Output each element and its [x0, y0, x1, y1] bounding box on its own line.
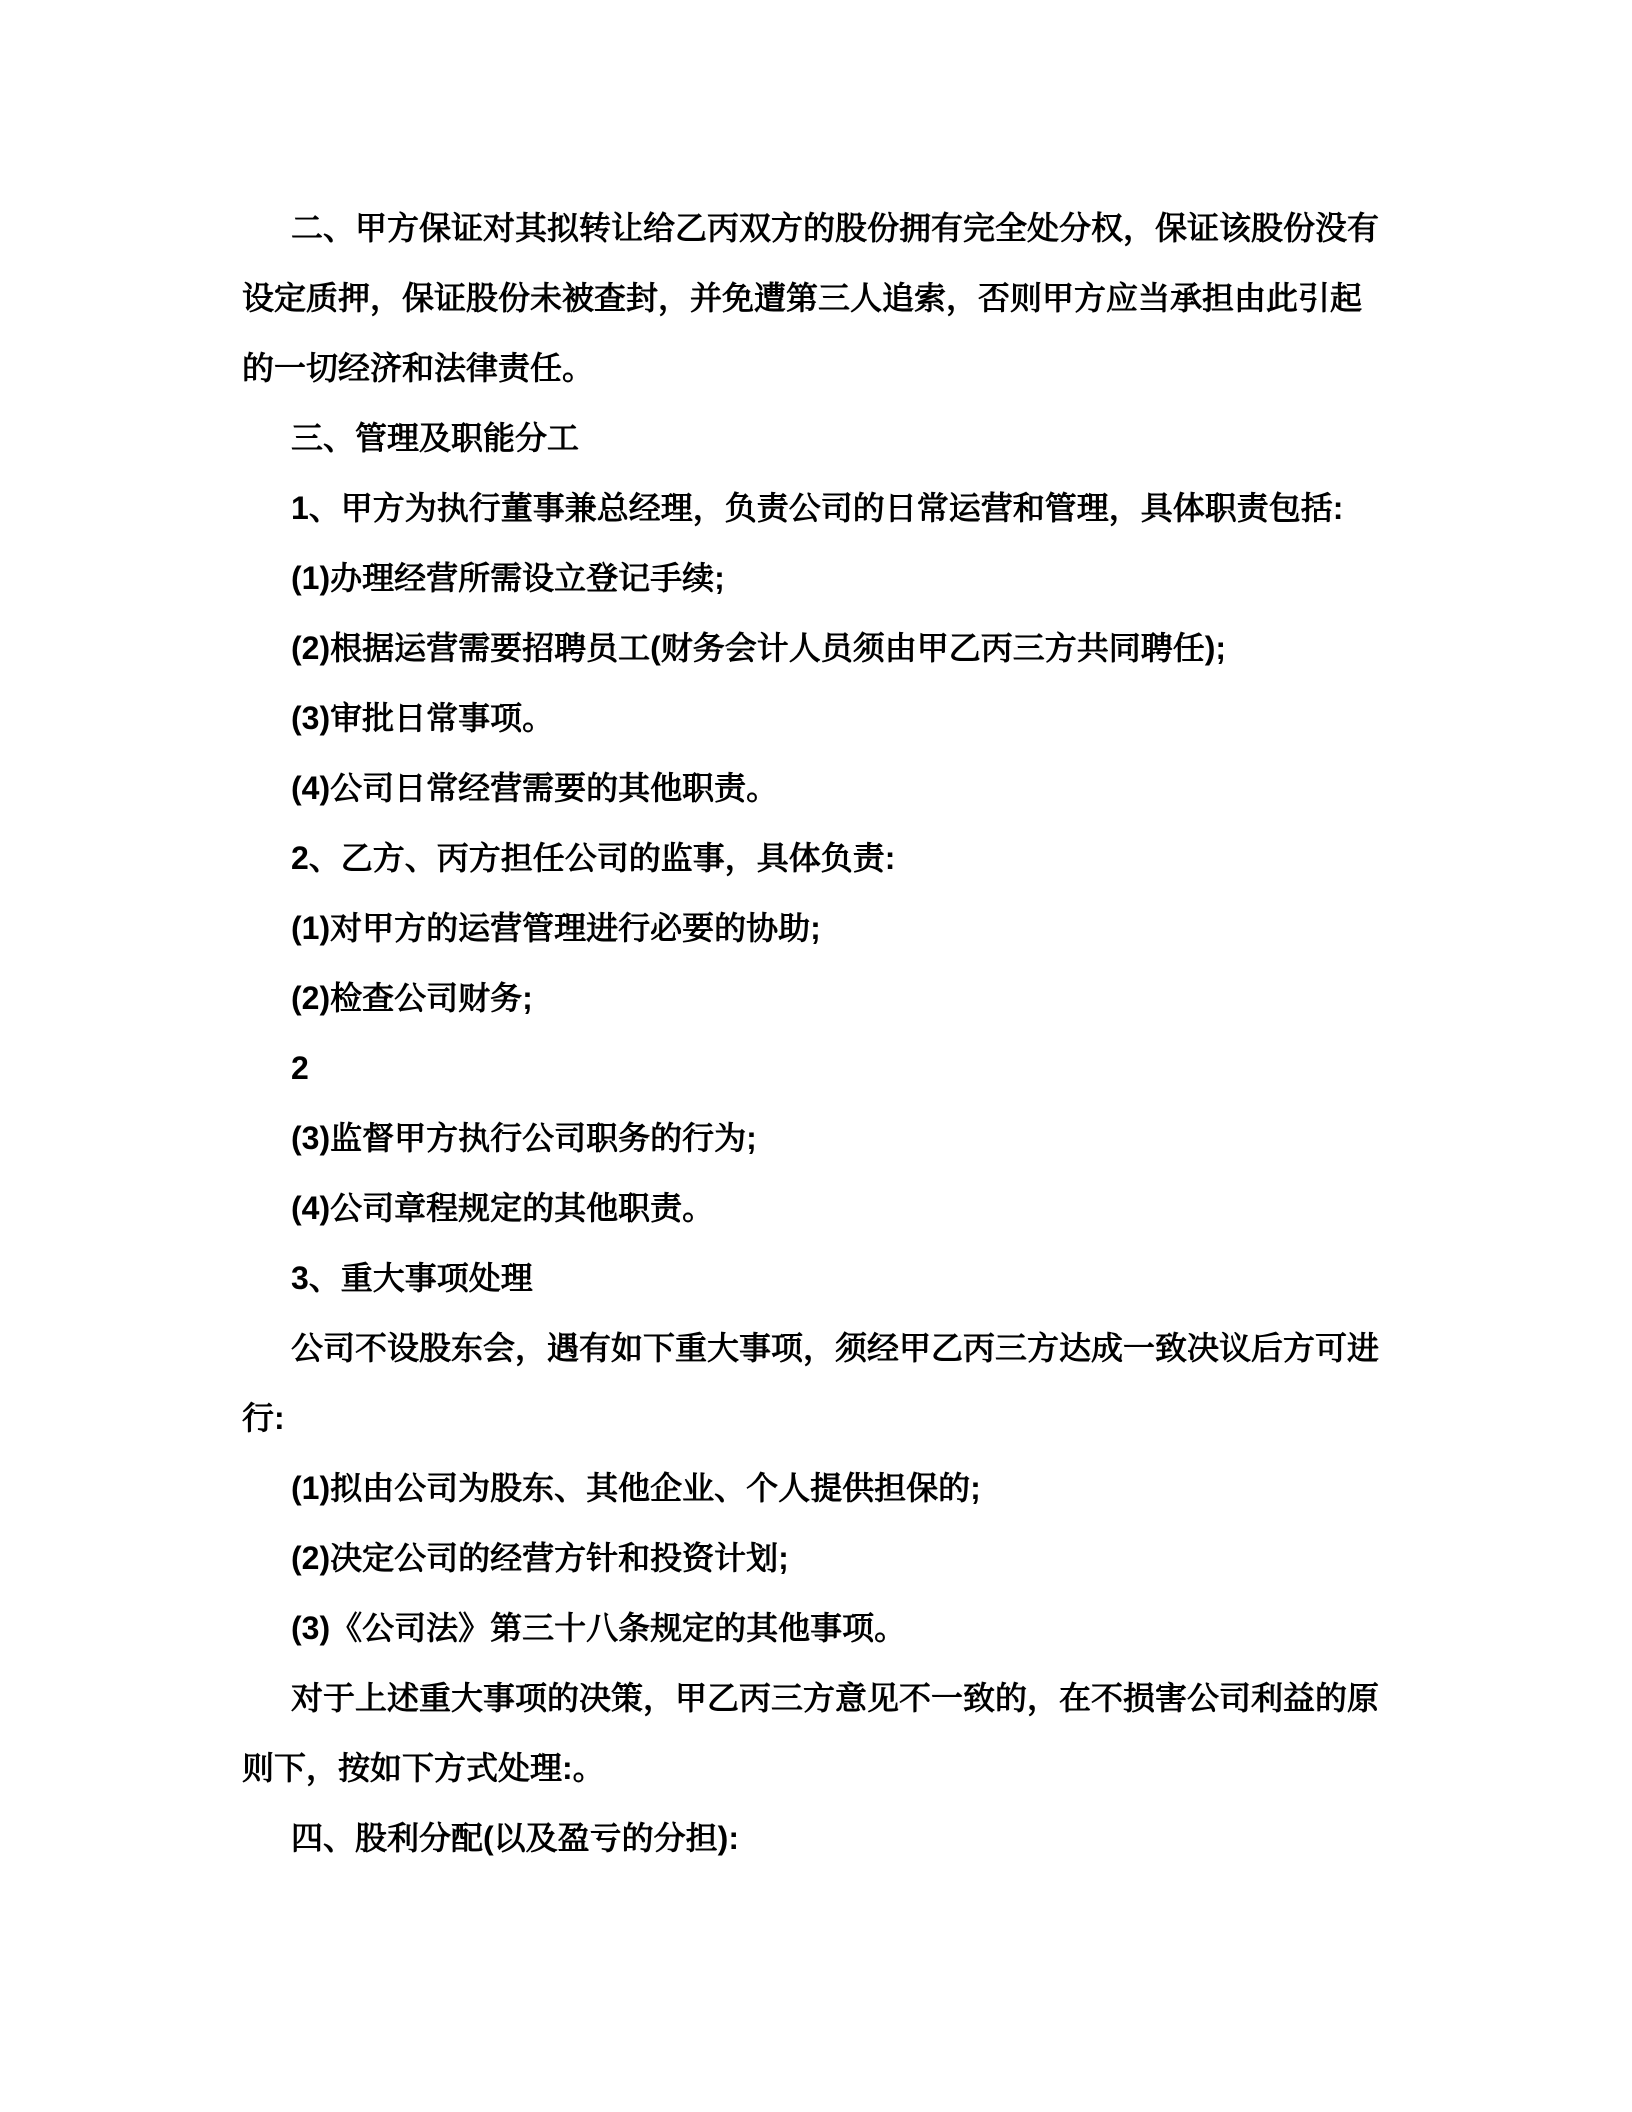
text-line: (2)决定公司的经营方针和投资计划;: [242, 1523, 1492, 1593]
text-line: 1、甲方为执行董事兼总经理，负责公司的日常运营和管理，具体职责包括:: [242, 473, 1492, 543]
text-line: (2)检查公司财务;: [242, 963, 1492, 1033]
text-line: 2、乙方、丙方担任公司的监事，具体负责:: [242, 823, 1492, 893]
text-line: 对于上述重大事项的决策，甲乙丙三方意见不一致的，在不损害公司利益的原: [242, 1663, 1492, 1733]
text-line: (1)办理经营所需设立登记手续;: [242, 543, 1492, 613]
text-line: 设定质押，保证股份未被查封，并免遭第三人追索，否则甲方应当承担由此引起: [242, 263, 1492, 333]
text-line: 的一切经济和法律责任。: [242, 333, 1492, 403]
text-line: 行:: [242, 1383, 1492, 1453]
text-line: 三、管理及职能分工: [242, 403, 1492, 473]
text-line: (1)拟由公司为股东、其他企业、个人提供担保的;: [242, 1453, 1492, 1523]
document-body: 二、甲方保证对其拟转让给乙丙双方的股份拥有完全处分权，保证该股份没有设定质押，保…: [242, 193, 1492, 1873]
text-line: 四、股利分配(以及盈亏的分担):: [242, 1803, 1492, 1873]
text-line: (4)公司日常经营需要的其他职责。: [242, 753, 1492, 823]
text-line: (4)公司章程规定的其他职责。: [242, 1173, 1492, 1243]
text-line: (3)审批日常事项。: [242, 683, 1492, 753]
text-line: 二、甲方保证对其拟转让给乙丙双方的股份拥有完全处分权，保证该股份没有: [242, 193, 1492, 263]
text-line: 则下，按如下方式处理:。: [242, 1733, 1492, 1803]
text-line: (1)对甲方的运营管理进行必要的协助;: [242, 893, 1492, 963]
text-line: 3、重大事项处理: [242, 1243, 1492, 1313]
text-line: (3)《公司法》第三十八条规定的其他事项。: [242, 1593, 1492, 1663]
text-line: 公司不设股东会，遇有如下重大事项，须经甲乙丙三方达成一致决议后方可进: [242, 1313, 1492, 1383]
text-line: (2)根据运营需要招聘员工(财务会计人员须由甲乙丙三方共同聘任);: [242, 613, 1492, 683]
text-line: (3)监督甲方执行公司职务的行为;: [242, 1103, 1492, 1173]
document-page: 二、甲方保证对其拟转让给乙丙双方的股份拥有完全处分权，保证该股份没有设定质押，保…: [0, 0, 1632, 2112]
page-number: 2: [242, 1033, 1492, 1103]
